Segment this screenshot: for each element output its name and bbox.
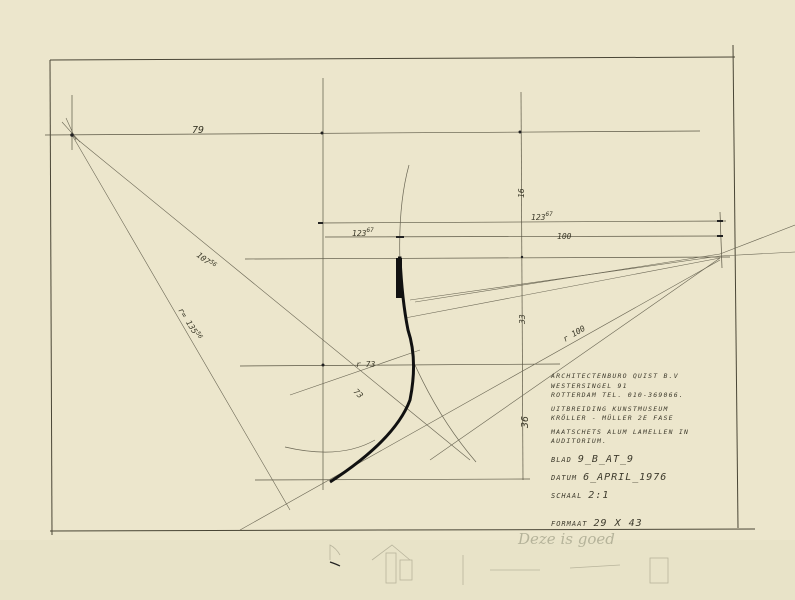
project-line-2: Kröller - Müller 2e fase bbox=[551, 414, 751, 424]
sheet-number: Blad9_B_AT_9 bbox=[551, 451, 751, 469]
title-block: Architectenburo Quist B.V Westersingel 9… bbox=[551, 372, 751, 533]
scale: Schaal2:1 bbox=[551, 487, 751, 505]
dim-r73: r 73 bbox=[356, 360, 375, 369]
description-line-2: auditorium. bbox=[551, 437, 751, 447]
dim-79: 79 bbox=[192, 125, 204, 136]
dim-36: 36 bbox=[520, 416, 531, 429]
handwritten-note: Deze is goed bbox=[518, 530, 615, 548]
firm-address: Westersingel 91 bbox=[551, 382, 751, 392]
firm-name: Architectenburo Quist B.V bbox=[551, 372, 751, 382]
dim-16: 16 bbox=[517, 188, 526, 198]
date: Datum6_April_1976 bbox=[551, 469, 751, 487]
dim-33: 33 bbox=[518, 314, 527, 325]
firm-city-phone: Rotterdam Tel. 010-369066. bbox=[551, 391, 751, 401]
description-line-1: Maatschets alum lamellen in bbox=[551, 428, 751, 438]
project-line-1: Uitbreiding Kunstmuseum bbox=[551, 405, 751, 415]
dim-100: 100 bbox=[557, 232, 572, 241]
